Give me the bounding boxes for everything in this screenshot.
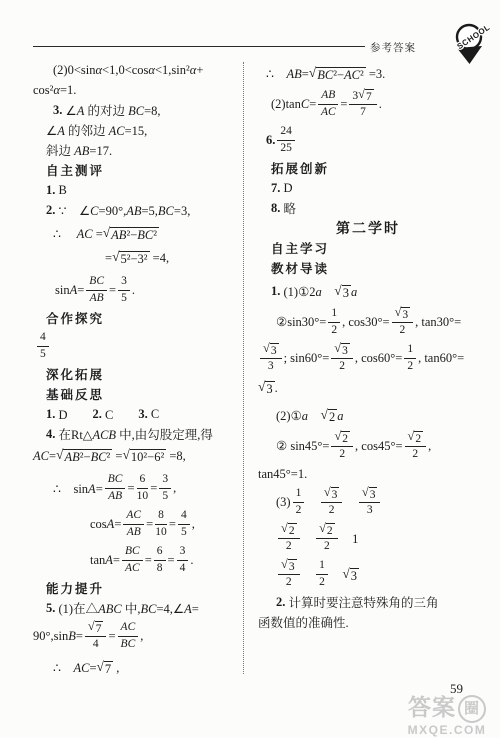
- bold-text-run: 1.: [46, 183, 55, 198]
- sqrt-expression: √2: [321, 409, 338, 425]
- radicand: 7: [365, 89, 374, 104]
- bold-text-run: 2.: [93, 407, 102, 422]
- text-line: ∴ AC =√AB²−BC²: [33, 220, 241, 246]
- fraction-numerator: 1: [316, 559, 328, 574]
- sqrt-expression: √3: [263, 343, 279, 358]
- text-line: cosA=ACAB=810=45,: [33, 506, 241, 542]
- math-fraction: 12: [293, 487, 305, 516]
- radical-sign-icon: √: [258, 380, 265, 394]
- sqrt-expression: √AB²−BC²: [103, 227, 159, 243]
- fraction-denominator: AC: [125, 561, 140, 575]
- math-variable: AC: [77, 227, 93, 241]
- radicand: 3: [270, 343, 279, 358]
- text-run: , cos30°=: [342, 315, 389, 330]
- text-run: =: [127, 481, 134, 496]
- text-line: √33; sin60°=√32, cos60°=12, tan60°=: [258, 340, 478, 376]
- text-line: AC=√AB²−BC² =√10²−6² =8,: [33, 444, 241, 470]
- fraction-denominator: AC: [321, 105, 336, 119]
- text-run: .: [379, 97, 382, 112]
- math-variable: A: [107, 517, 115, 531]
- radicand: 3: [350, 568, 359, 584]
- text-run: 在Rt△ACB 中,由勾股定理,得: [55, 425, 213, 443]
- text-line: √3.: [258, 376, 478, 402]
- math-fraction: BCAB: [86, 275, 107, 304]
- math-variable: AC: [321, 106, 336, 118]
- fraction-denominator: BC: [121, 637, 136, 651]
- math-variable: a: [351, 285, 357, 299]
- math-variable: AB: [90, 292, 104, 304]
- radicand: 3: [331, 487, 340, 502]
- right-column: ∴ AB=√BC²−AC² =3.(2)tanC=ABAC=3√77.6.242…: [258, 60, 478, 632]
- fraction-numerator: √7: [85, 621, 107, 638]
- bold-text-run: 4.: [46, 427, 55, 442]
- radicand: 5²−3²: [119, 251, 149, 267]
- radical-sign-icon: √: [263, 342, 270, 354]
- text-run: C: [148, 407, 159, 422]
- sqrt-expression: √AB²−BC²: [56, 449, 112, 465]
- fraction-denominator: 5: [121, 291, 127, 305]
- text-run: 略: [280, 199, 296, 217]
- fraction-denominator: 10: [137, 489, 149, 503]
- math-variable: A: [184, 602, 192, 616]
- text-run: =: [340, 97, 347, 112]
- math-fraction: 610: [137, 473, 149, 502]
- bold-text-run: 能力提升: [46, 579, 104, 597]
- text-run: tan45°=1.: [258, 467, 307, 482]
- radicand: 3: [288, 559, 297, 574]
- fraction-denominator: 3: [268, 359, 274, 373]
- radicand: 2: [328, 409, 337, 425]
- text-run: ,: [192, 517, 195, 532]
- math-variable: AB: [321, 89, 335, 102]
- math-variable: BC: [140, 602, 156, 616]
- radicand: 2: [326, 523, 335, 538]
- text-run: 1: [340, 529, 359, 547]
- radical-sign-icon: √: [88, 620, 95, 632]
- fraction-denominator: 2: [296, 503, 302, 517]
- text-line: 45: [33, 328, 241, 364]
- text-line: √32 12 √3: [258, 556, 478, 592]
- fraction-numerator: √2: [405, 431, 427, 448]
- fraction-denominator: 2: [339, 359, 345, 373]
- bold-text-run: 第二学时: [336, 218, 400, 238]
- bold-text-run: 基础反思: [46, 385, 104, 403]
- text-run: ,: [140, 629, 143, 644]
- fraction-numerator: 8: [155, 509, 167, 524]
- radical-sign-icon: √: [321, 408, 328, 422]
- radical-sign-icon: √: [334, 284, 341, 298]
- math-variable: BC: [89, 275, 104, 288]
- math-fraction: ABAC: [318, 89, 338, 118]
- math-variable: BC: [128, 104, 144, 118]
- sqrt-expression: √3: [342, 568, 359, 584]
- fraction-numerator: 3: [118, 275, 130, 290]
- fraction-denominator: 7: [360, 105, 366, 119]
- math-fraction: 12: [328, 307, 340, 336]
- bold-text-run: 合作探究: [46, 309, 104, 327]
- sqrt-expression: √3: [362, 487, 378, 502]
- fraction-numerator: √3: [331, 343, 353, 360]
- text-line: 5. (1)在△ABC 中,BC=4,∠A=: [33, 598, 241, 618]
- fraction-denominator: 25: [280, 141, 292, 155]
- math-fraction: √22: [316, 523, 338, 554]
- fraction-denominator: 2: [286, 539, 292, 553]
- watermark-site: MXQE.COM: [388, 723, 500, 737]
- header-rule: [33, 46, 365, 47]
- math-fraction: 3√77: [349, 89, 376, 120]
- sqrt-expression: √7: [358, 89, 374, 104]
- text-run: C: [102, 405, 138, 423]
- text-line: (2)tanC=ABAC=3√77.: [258, 86, 478, 122]
- math-fraction: √32: [321, 487, 343, 518]
- text-run: ②sin30°=: [276, 314, 326, 330]
- math-fraction: √22: [405, 431, 427, 462]
- text-run: =: [145, 553, 152, 568]
- math-variable: a: [316, 285, 322, 299]
- fraction-numerator: √2: [331, 431, 353, 448]
- math-variable: a: [337, 409, 343, 423]
- fraction-numerator: 4: [37, 331, 49, 346]
- fraction-denominator: 2: [329, 503, 335, 517]
- text-run: =√5²−3² =4,: [105, 251, 169, 267]
- text-line: (2)0<sinα<1,0<cosα<1,sin²α+: [33, 60, 241, 80]
- sqrt-expression: √7: [88, 621, 104, 636]
- fraction-denominator: 2: [407, 359, 413, 373]
- sqrt-expression: √3: [395, 307, 411, 322]
- bold-text-run: 8.: [271, 201, 280, 216]
- fraction-numerator: 3: [177, 545, 189, 560]
- text-line: 4. 在Rt△ACB 中,由勾股定理,得: [33, 424, 241, 444]
- radical-sign-icon: √: [358, 88, 365, 100]
- section-heading: 自主测评: [33, 160, 241, 180]
- text-run: ② sin45°=: [276, 438, 329, 454]
- math-fraction: 810: [155, 509, 167, 538]
- math-variable: BC: [158, 204, 174, 218]
- math-variable: α: [148, 63, 155, 77]
- math-variable: AC: [33, 449, 49, 463]
- math-variable: A: [57, 124, 65, 138]
- text-run: ∠A 的邻边 AC=15,: [46, 121, 147, 139]
- bold-text-run: 自主测评: [46, 161, 104, 179]
- sqrt-expression: √2: [281, 523, 297, 538]
- text-run: ∴ AC=√7 ,: [53, 658, 119, 677]
- sqrt-expression: √10²−6²: [122, 449, 166, 465]
- sqrt-expression: √3: [324, 487, 340, 502]
- fraction-numerator: 24: [277, 125, 295, 140]
- radicand: 10²−6²: [130, 449, 166, 465]
- text-run: √3: [330, 565, 359, 584]
- radical-sign-icon: √: [334, 342, 341, 354]
- text-line: cos²α=1.: [33, 80, 241, 100]
- radicand: 2: [341, 431, 350, 446]
- math-variable: AB: [64, 450, 79, 464]
- math-fraction: 12: [316, 559, 328, 588]
- fraction-denominator: 8: [157, 561, 163, 575]
- math-fraction: 35: [118, 275, 130, 304]
- text-run: 90°,sinB=: [33, 629, 83, 644]
- fraction-numerator: BC: [86, 275, 107, 290]
- text-run: ; sin60°=: [284, 351, 330, 366]
- text-run: =: [146, 517, 153, 532]
- fraction-denominator: AB: [127, 525, 141, 539]
- section-heading: 教材导读: [258, 258, 478, 278]
- radicand: 3: [401, 307, 410, 322]
- text-run: ,: [428, 439, 431, 454]
- sqrt-expression: √3: [334, 285, 351, 301]
- sqrt-expression: √2: [319, 523, 335, 538]
- radical-sign-icon: √: [395, 306, 402, 318]
- math-fraction: 2425: [277, 125, 295, 154]
- radicand: AB²−BC²: [110, 227, 159, 243]
- fraction-numerator: √3: [278, 559, 300, 576]
- fraction-numerator: 3: [159, 473, 171, 488]
- text-run: [302, 529, 315, 547]
- math-variable: A: [105, 553, 113, 567]
- math-variable: A: [77, 104, 85, 118]
- radicand: 2: [414, 431, 423, 446]
- bold-text-run: 教材导读: [271, 259, 329, 277]
- text-run: [306, 493, 319, 511]
- text-run: ∴ sinA=: [53, 479, 103, 497]
- fraction-numerator: √3: [260, 343, 282, 360]
- text-run: =: [168, 553, 175, 568]
- text-run: (2)0<sinα<1,0<cosα<1,sin²α+: [53, 63, 203, 78]
- bold-text-run: 2.: [276, 595, 285, 610]
- section-heading: 深化拓展: [33, 364, 241, 384]
- fraction-numerator: √3: [321, 487, 343, 504]
- math-variable: AC: [73, 661, 89, 675]
- math-fraction: 12: [404, 343, 416, 372]
- fraction-numerator: AC: [118, 621, 139, 636]
- radical-sign-icon: √: [281, 558, 288, 570]
- text-run: D: [55, 405, 92, 423]
- radical-sign-icon: √: [97, 660, 104, 674]
- text-run: =: [108, 629, 115, 644]
- radicand: 3: [342, 285, 351, 301]
- watermark: 答案圈 MXQE.COM: [388, 694, 500, 737]
- sqrt-expression: √2: [408, 431, 424, 446]
- math-fraction: 68: [154, 545, 166, 574]
- text-run: tanA=: [90, 553, 120, 568]
- math-fraction: √22: [278, 523, 300, 554]
- text-run: 斜边 AB=17.: [46, 141, 112, 159]
- math-variable: AB: [286, 67, 301, 81]
- fraction-denominator: 2: [339, 447, 345, 461]
- math-variable: BC: [317, 68, 333, 82]
- radical-sign-icon: √: [309, 66, 316, 80]
- left-column: (2)0<sinα<1,0<cosα<1,sin²α+cos²α=1.3. ∠A…: [33, 60, 241, 680]
- center-heading: 第二学时: [258, 218, 478, 238]
- math-fraction: √32: [331, 343, 353, 374]
- answer-page: 参考答案 SCHOOL (2)0<sinα<1,0<cosα<1,sin²α+c…: [0, 0, 500, 738]
- fraction-denominator: 2: [399, 323, 405, 337]
- bold-text-run: 5.: [46, 601, 55, 616]
- fraction-denominator: 2: [319, 575, 325, 589]
- radicand: 3: [369, 487, 378, 502]
- radicand: AB²−BC²: [63, 449, 112, 465]
- text-run: ∠A 的对边 BC=8,: [62, 101, 160, 119]
- sqrt-expression: √3: [281, 559, 297, 574]
- text-line: (3)12 √32 √33: [258, 484, 478, 520]
- text-line: 2. ∵ ∠C=90°,AB=5,BC=3,: [33, 200, 241, 220]
- math-variable: A: [88, 482, 96, 496]
- fraction-numerator: AB: [318, 89, 338, 104]
- text-run: [344, 493, 357, 511]
- text-run: .: [132, 283, 135, 298]
- math-fraction: ACBC: [118, 621, 139, 650]
- fraction-denominator: 2: [324, 539, 330, 553]
- fraction-numerator: √2: [278, 523, 300, 540]
- watermark-title-text: 答案: [408, 694, 456, 720]
- bold-text-run: 深化拓展: [46, 365, 104, 383]
- fraction-denominator: 5: [181, 525, 187, 539]
- text-line: ∠A 的邻边 AC=15,: [33, 120, 241, 140]
- math-variable: BC: [125, 545, 140, 558]
- fraction-denominator: 2: [286, 575, 292, 589]
- math-fraction: BCAC: [122, 545, 143, 574]
- text-line: 7. D: [258, 178, 478, 198]
- radical-sign-icon: √: [362, 486, 369, 498]
- text-run: , cos45°=: [355, 439, 402, 454]
- math-variable: AC: [126, 509, 141, 522]
- math-variable: AB: [74, 144, 89, 158]
- math-fraction: √74: [85, 621, 107, 652]
- fraction-numerator: 6: [137, 473, 149, 488]
- math-variable: AC: [125, 562, 140, 574]
- text-line: 1. D 2. C 3. C: [33, 404, 241, 424]
- math-fraction: 35: [159, 473, 171, 502]
- math-variable: AB: [126, 204, 141, 218]
- text-run: [302, 565, 315, 583]
- text-run: (1)在△ABC 中,BC=4,∠A=: [55, 599, 198, 617]
- sqrt-expression: √7: [97, 661, 114, 677]
- math-fraction: ACAB: [123, 509, 144, 538]
- bold-text-run: 3.: [138, 407, 147, 422]
- fraction-numerator: AC: [123, 509, 144, 524]
- math-fraction: √33: [260, 343, 282, 374]
- fraction-denominator: AB: [90, 291, 104, 305]
- bold-text-run: 1.: [271, 284, 280, 299]
- section-heading: 基础反思: [33, 384, 241, 404]
- text-run: ,: [173, 481, 176, 496]
- text-line: 6.2425: [258, 122, 478, 158]
- fraction-numerator: 6: [154, 545, 166, 560]
- text-run: ∴ AC =√AB²−BC²: [53, 224, 159, 243]
- section-heading: 合作探究: [33, 308, 241, 328]
- text-run: cos²α=1.: [33, 83, 76, 98]
- text-line: 90°,sinB=√74=ACBC,: [33, 618, 241, 654]
- bold-text-run: 2.: [46, 203, 55, 218]
- radical-sign-icon: √: [319, 522, 326, 534]
- text-run: , tan30°=: [415, 315, 461, 330]
- bold-text-run: 6.: [266, 133, 275, 148]
- radical-sign-icon: √: [334, 430, 341, 442]
- watermark-title: 答案圈: [388, 694, 500, 723]
- fraction-numerator: 1: [404, 343, 416, 358]
- radical-sign-icon: √: [112, 250, 119, 264]
- fraction-numerator: √3: [359, 487, 381, 504]
- fraction-denominator: 4: [93, 637, 99, 651]
- sqrt-expression: √3: [258, 381, 275, 397]
- radicand: 7: [95, 621, 104, 636]
- fraction-numerator: 3√7: [349, 89, 376, 106]
- math-variable: ACB: [92, 428, 116, 442]
- text-line: 1. (1)①2a √3a: [258, 278, 478, 304]
- text-line: 8. 略: [258, 198, 478, 218]
- text-run: ∴ AB=√BC²−AC² =3.: [266, 64, 385, 83]
- bold-text-run: 3.: [53, 103, 62, 118]
- math-fraction: BCAB: [105, 473, 126, 502]
- fraction-numerator: √3: [392, 307, 414, 324]
- fraction-denominator: 3: [367, 503, 373, 517]
- text-line: 2. 计算时要注意特殊角的三角: [258, 592, 478, 612]
- sqrt-expression: √5²−3²: [112, 251, 149, 267]
- math-variable: α: [190, 63, 197, 77]
- text-line: ② sin45°=√22, cos45°=√22,: [258, 428, 478, 464]
- radical-sign-icon: √: [122, 448, 129, 462]
- section-heading: 能力提升: [33, 578, 241, 598]
- fraction-numerator: √2: [316, 523, 338, 540]
- bold-text-run: 自主学习: [271, 239, 329, 257]
- math-variable: ABC: [98, 602, 122, 616]
- text-line: √22 √22 1: [258, 520, 478, 556]
- fraction-denominator: 5: [40, 347, 46, 361]
- fraction-denominator: 2: [331, 323, 337, 337]
- text-line: 函数值的准确性.: [258, 612, 478, 632]
- radical-sign-icon: √: [408, 430, 415, 442]
- text-line: =√5²−3² =4,: [33, 246, 241, 272]
- text-run: (3): [276, 495, 291, 510]
- math-variable: B: [68, 629, 76, 643]
- fraction-numerator: BC: [105, 473, 126, 488]
- fraction-denominator: 10: [155, 525, 167, 539]
- section-heading: 拓展创新: [258, 158, 478, 178]
- math-fraction: 34: [177, 545, 189, 574]
- math-fraction: √33: [359, 487, 381, 518]
- bold-text-run: 7.: [271, 181, 280, 196]
- math-variable: AB: [108, 490, 122, 502]
- fraction-denominator: 5: [162, 489, 168, 503]
- sqrt-expression: √3: [334, 343, 350, 358]
- radical-sign-icon: √: [103, 226, 110, 240]
- text-run: ∵ ∠C=90°,AB=5,BC=3,: [55, 201, 190, 219]
- fraction-numerator: 1: [328, 307, 340, 322]
- radical-sign-icon: √: [342, 567, 349, 581]
- math-fraction: 45: [37, 331, 49, 360]
- text-run: =: [150, 481, 157, 496]
- text-line: 1. B: [33, 180, 241, 200]
- column-divider: [243, 62, 244, 674]
- header-answers-label: 参考答案: [370, 40, 416, 55]
- fraction-numerator: 1: [293, 487, 305, 502]
- text-line: ∴ sinA=BCAB=610=35,: [33, 470, 241, 506]
- sqrt-expression: √BC²−AC²: [309, 67, 366, 83]
- fraction-denominator: 2: [412, 447, 418, 461]
- bold-text-run: 拓展创新: [271, 159, 329, 177]
- math-fraction: √32: [392, 307, 414, 338]
- math-variable: A: [70, 283, 78, 297]
- text-run: D: [280, 181, 292, 196]
- radical-sign-icon: √: [56, 448, 63, 462]
- text-run: , cos60°=: [355, 351, 402, 366]
- text-line: ②sin30°=12, cos30°=√32, tan30°=: [258, 304, 478, 340]
- text-run: AC=√AB²−BC² =√10²−6² =8,: [33, 449, 186, 465]
- math-variable: AC: [344, 68, 360, 82]
- text-run: (2)①a √2a: [276, 406, 343, 425]
- radicand: 2: [288, 523, 297, 538]
- fraction-denominator: AB: [108, 489, 122, 503]
- text-run: √3.: [258, 381, 278, 397]
